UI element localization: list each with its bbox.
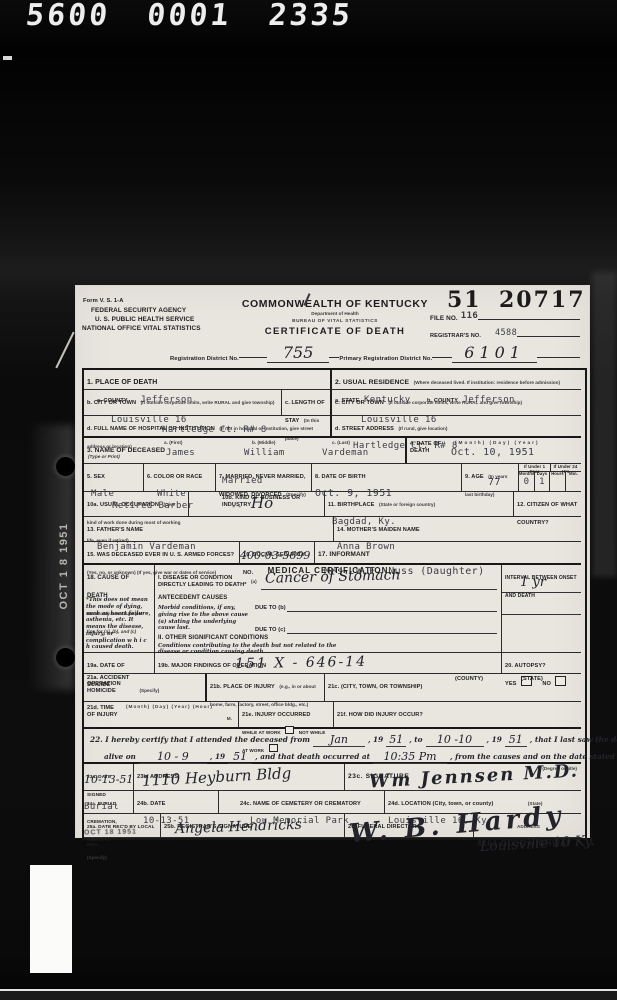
film-frame-code: 5600 0001 2335 bbox=[24, 0, 355, 33]
field-physician-signature: 23c. SIGNATURE (Degree or title) Wm Jenn… bbox=[345, 764, 581, 791]
cause-title: 18. CAUSE OF DEATH bbox=[87, 575, 129, 599]
field-date-signed: 23a. DATE SIGNED 10-13-51 bbox=[84, 764, 134, 791]
field-burial-removal: 24a. BURIAL, CREMATION, REMOVAL (Specify… bbox=[84, 791, 134, 814]
film-edge-tick bbox=[3, 56, 12, 60]
usual-residence-note: (Where deceased lived. If institution: r… bbox=[414, 380, 560, 385]
commonwealth-title: COMMONWEALTH OF KENTUCKY bbox=[235, 298, 435, 310]
cert-p7: , 19 bbox=[210, 752, 225, 761]
cert-p8: , and that death occurred at bbox=[255, 752, 370, 761]
cert-p5: , that I last saw the deceased bbox=[530, 735, 617, 744]
rule-4 bbox=[537, 349, 580, 358]
agency-line-2: U. S. PUBLIC HEALTH SERVICE bbox=[95, 316, 194, 324]
last-label: c. (Last) bbox=[332, 440, 350, 445]
institution-value: Hartledge Ct. R# 8 bbox=[162, 425, 267, 435]
due-to-c-label: DUE TO (c) bbox=[255, 627, 285, 634]
rule-2 bbox=[329, 349, 339, 358]
field-birthplace: 11. BIRTHPLACE (State or foreign country… bbox=[325, 492, 514, 517]
registration-district-row: Registration District No. 755 Primary Re… bbox=[170, 343, 580, 363]
middle-value: William bbox=[244, 448, 285, 458]
ash-label: 21a. ACCIDENT SUICIDE HOMICIDE bbox=[87, 675, 135, 695]
field-registrar-signature: 25b. REGISTRAR'S SIGNATURE Angela Hendri… bbox=[161, 814, 345, 838]
cemetery-label: 24c. NAME OF CEMETERY OR CREMATORY bbox=[240, 801, 361, 807]
registrars-no-value: 4588 bbox=[495, 328, 517, 338]
city-note: (If outside corporate limits, write RURA… bbox=[141, 400, 275, 405]
physician-address-value: 1110 Heyburn Bldg bbox=[142, 764, 292, 790]
field-city-of-death: b. CITY OR TOWN (If outside corporate li… bbox=[84, 390, 282, 416]
field-ssn: 16. SOCIAL SECURITY NO. 400-03-5699 bbox=[240, 542, 315, 565]
cemetery-location-label: 24d. LOCATION (City, town, or county) bbox=[388, 801, 493, 807]
first-value: James bbox=[166, 448, 195, 458]
field-place-of-injury: 21b. PLACE OF INJURY (e.g., in or about … bbox=[207, 674, 325, 702]
registrars-no-row: REGISTRAR'S NO. 4588 bbox=[430, 328, 580, 340]
serial-number-right: 20717 bbox=[499, 287, 586, 313]
field-interval: INTERVAL BETWEEN ONSET AND DEATH 1 yr bbox=[502, 565, 581, 653]
field-date-of-birth: 8. DATE OF BIRTH Oct. 9, 1951 bbox=[312, 464, 462, 492]
injury-occurred-label: 21e. INJURY OCCURRED bbox=[242, 712, 311, 718]
agency-line-3: NATIONAL OFFICE VITAL STATISTICS bbox=[82, 325, 201, 333]
due-to-b-rule bbox=[287, 611, 497, 612]
field-cemetery: 24c. NAME OF CEMETERY OR CREMATORY Lou M… bbox=[219, 791, 385, 814]
pencil-check-mark bbox=[55, 332, 74, 369]
cert-fill-from: Jan bbox=[313, 733, 365, 747]
field-under-one-year: If Under 1 Year If Under 24 Hrs Months 0… bbox=[519, 464, 581, 492]
field-date-of-death: 4. DATE OF DEATH (Month) (Day) (Year) Oc… bbox=[407, 438, 581, 464]
field-time-of-injury: 21d. TIME OF INJURY (Month) (Day) (Year)… bbox=[84, 702, 239, 729]
file-no-value: 116 bbox=[461, 311, 478, 321]
cert-p1: 22. I hereby certify that I attended the… bbox=[90, 735, 310, 744]
agency-line-1: FEDERAL SECURITY AGENCY bbox=[91, 307, 186, 315]
date-of-death-cols: (Month) (Day) (Year) bbox=[455, 440, 540, 445]
physician-signature-value: Wm Jennsen M.D. bbox=[369, 761, 580, 793]
film-splice-patch bbox=[30, 865, 72, 973]
date-signed-value: 10-13-51 bbox=[84, 773, 133, 786]
disease-a-value: Cancer of Stomach bbox=[265, 567, 401, 587]
injury-county-label: (COUNTY) bbox=[455, 676, 483, 683]
injury-time-label: 21d. TIME OF INJURY bbox=[87, 705, 123, 718]
file-no-rule bbox=[478, 311, 580, 320]
city-label: b. CITY OR TOWN bbox=[87, 400, 136, 406]
reg-district-label: Registration District No. bbox=[170, 356, 239, 363]
field-occupation: 10a. USUAL OCCUPATION (Give kind of work… bbox=[84, 492, 189, 517]
serial-number-left: 51 bbox=[447, 287, 482, 313]
bureau-line: BUREAU OF VITAL STATISTICS bbox=[235, 318, 435, 323]
cert-p6: alive on bbox=[104, 752, 136, 761]
name-note: (Type or Print) bbox=[88, 454, 120, 459]
disease-label: I. DISEASE OR CONDITION DIRECTLY LEADING… bbox=[158, 575, 250, 588]
field-cause-of-death-label: 18. CAUSE OF DEATH Enter only one cause … bbox=[84, 565, 155, 653]
middle-label: b. (Middle) bbox=[252, 440, 275, 445]
registrars-no-label: REGISTRAR'S NO. bbox=[430, 333, 481, 340]
primary-district-value: 6101 bbox=[452, 343, 537, 363]
field-mother-name: 14. MOTHER'S MAIDEN NAME Anna Brown bbox=[334, 517, 581, 542]
cert-fill-to: 10 -10 bbox=[426, 733, 484, 747]
cert-p3: , to bbox=[409, 735, 422, 744]
antecedent-title: ANTECEDENT CAUSES bbox=[158, 595, 227, 602]
department-line: Department of Health bbox=[235, 311, 435, 316]
field-date-received: 25a. DATE REC'D BY LOCAL REG. OCT 18 195… bbox=[84, 814, 161, 838]
how-injury-label: 21f. HOW DID INJURY OCCUR? bbox=[337, 712, 423, 718]
days-value: 1 bbox=[535, 477, 549, 487]
primary-district-label: Primary Registration District No. bbox=[339, 356, 432, 363]
field-injury-city: 21c. (CITY, TOWN, OR TOWNSHIP) (COUNTY) … bbox=[325, 674, 581, 702]
interval-rule-1 bbox=[502, 592, 581, 593]
industry-hand: Ho bbox=[251, 494, 273, 512]
marital-value: Married bbox=[222, 476, 263, 486]
street-label: d. STREET ADDRESS bbox=[335, 426, 394, 432]
race-label: 6. COLOR OR RACE bbox=[147, 474, 202, 480]
date-of-death-value: Oct. 10, 1951 bbox=[451, 447, 534, 458]
field-residence-city: c. CITY OR TOWN (If outside corporate li… bbox=[332, 390, 581, 416]
birthplace-note: (State or foreign country) bbox=[379, 502, 435, 507]
form-number: Form V. S. 1-A bbox=[83, 298, 124, 305]
field-usual-residence: 2. USUAL RESIDENCE (Where deceased lived… bbox=[332, 370, 581, 390]
days-cell: Days 1 bbox=[535, 472, 550, 492]
cert-fill-year3: 51 bbox=[228, 750, 252, 764]
min-label: Min. bbox=[566, 472, 581, 477]
injury-city-label: 21c. (CITY, TOWN, OR TOWNSHIP) bbox=[328, 684, 422, 690]
name-title: 3. NAME OF DECEASED bbox=[87, 447, 165, 454]
burial-note: (Specify) bbox=[87, 855, 107, 860]
film-bottom-band bbox=[0, 991, 617, 1000]
informant-label: 17. INFORMANT bbox=[318, 551, 370, 558]
disease-a-tag: (a) bbox=[251, 579, 257, 584]
hours-label: Hours bbox=[550, 472, 565, 477]
received-date-stamp-vertical: OCT 1 8 1951 bbox=[58, 516, 70, 616]
cert-fill-year2: 51 bbox=[505, 733, 527, 747]
date-received-stamp: OCT 18 1951 bbox=[84, 829, 137, 837]
reg-district-value: 755 bbox=[267, 343, 330, 363]
usual-residence-title: 2. USUAL RESIDENCE bbox=[335, 379, 409, 386]
field-certification-statement: 22. I hereby certify that I attended the… bbox=[84, 729, 581, 764]
file-no-row: FILE NO. 116 bbox=[430, 311, 580, 323]
field-length-of-stay: c. LENGTH OF STAY (In this place) bbox=[282, 390, 332, 416]
death-certificate-page: Form V. S. 1-A FEDERAL SECURITY AGENCY U… bbox=[75, 285, 590, 838]
interval-rule-2 bbox=[502, 614, 581, 615]
months-value: 0 bbox=[519, 477, 534, 487]
field-funeral-director: 26. FUNERAL DIRECTOR W. B. Hardy bbox=[345, 814, 474, 838]
interval-value: 1 yr bbox=[520, 575, 546, 590]
ash-note: (Specify) bbox=[139, 688, 159, 693]
field-medical-certification: MEDICAL CERTIFICATION I. DISEASE OR COND… bbox=[155, 565, 502, 653]
film-light-strip-right bbox=[592, 272, 617, 577]
armed-forces-label: 15. WAS DECEASED EVER IN U. S. ARMED FOR… bbox=[87, 552, 234, 558]
field-date-of-operation: 19a. DATE OF OPERATION bbox=[84, 653, 155, 674]
dob-label: 8. DATE OF BIRTH bbox=[315, 474, 366, 480]
autopsy-label: 20. AUTOPSY? bbox=[505, 663, 546, 669]
registrar-signature-value: Angela Hendricks bbox=[175, 817, 302, 837]
injury-state-label: (STATE) bbox=[521, 676, 543, 683]
last-value: Vardeman bbox=[322, 448, 369, 458]
field-armed-forces: 15. WAS DECEASED EVER IN U. S. ARMED FOR… bbox=[84, 542, 240, 565]
file-no-label: FILE NO. bbox=[430, 315, 458, 323]
hours-cell: Hours bbox=[550, 472, 566, 492]
due-to-b-label: DUE TO (b) bbox=[255, 605, 286, 612]
age-value: 77 bbox=[488, 477, 501, 488]
place-of-death-title: 1. PLACE OF DEATH bbox=[87, 379, 157, 386]
field-hospital-institution: d. FULL NAME OF HOSPITAL OR INSTITUTION … bbox=[84, 416, 332, 438]
min-cell: Min. bbox=[566, 472, 581, 492]
field-injury-occurred: 21e. INJURY OCCURRED WHILE AT WORK NOT W… bbox=[239, 702, 334, 729]
field-citizen: 12. CITIZEN OF WHAT COUNTRY? bbox=[514, 492, 581, 517]
cert-p9: , from the causes and on the date stated… bbox=[450, 752, 617, 761]
mother-label: 14. MOTHER'S MAIDEN NAME bbox=[337, 527, 420, 533]
field-age: 9. AGE (In years last birthday) 77 bbox=[462, 464, 519, 492]
months-cell: Months 0 bbox=[519, 472, 535, 492]
field-sex: 5. SEX Male bbox=[84, 464, 144, 492]
injury-time-m: M. bbox=[227, 716, 232, 721]
punch-hole-top bbox=[56, 457, 75, 476]
cert-p2: , 19 bbox=[368, 735, 383, 744]
residence-city-note: (If outside corporate limits, write RURA… bbox=[388, 400, 522, 405]
field-major-findings: 19b. MAJOR FINDINGS OF OPERATION 151 X -… bbox=[155, 653, 502, 674]
cert-fill-alive: 10 - 9 bbox=[139, 750, 207, 764]
field-marital-status: 7. MARRIED, NEVER MARRIED, WIDOWED, DIVO… bbox=[216, 464, 312, 492]
registrars-no-rule bbox=[517, 328, 580, 337]
microfilm-scan: 5600 0001 2335 OCT 1 8 1951 Form V. S. 1… bbox=[0, 0, 617, 1000]
burial-value: Burial bbox=[84, 802, 119, 812]
field-physician-address: 23b. ADDRESS 1110 Heyburn Bldg bbox=[134, 764, 345, 791]
field-how-injury-occurred: 21f. HOW DID INJURY OCCUR? bbox=[334, 702, 581, 729]
ssn-value: 400-03-5699 bbox=[240, 549, 310, 562]
disease-a-rule bbox=[261, 589, 497, 590]
injury-time-cols: (Month) (Day) (Year) (Hour) bbox=[126, 704, 213, 709]
punch-hole-bottom bbox=[56, 648, 75, 667]
first-label: a. (First) bbox=[164, 440, 183, 445]
field-father-name: 13. FATHER'S NAME Benjamin Vardeman bbox=[84, 517, 334, 542]
rule-1 bbox=[239, 349, 267, 358]
cert-fill-year1: 51 bbox=[386, 733, 406, 747]
cert-p4: , 19 bbox=[487, 735, 502, 744]
father-label: 13. FATHER'S NAME bbox=[87, 527, 143, 533]
field-informant: 17. INFORMANT Mrs. W.F. Nuss (Daughter) bbox=[315, 542, 581, 565]
field-street-address: d. STREET ADDRESS (If rural, give locati… bbox=[332, 416, 581, 438]
birthplace-label: 11. BIRTHPLACE bbox=[328, 502, 374, 508]
cert-fill-time: 10:35 Pm bbox=[373, 750, 447, 764]
cause-footnote: *This does not mean the mode of dying, s… bbox=[86, 597, 152, 651]
industry-typed: -- bbox=[231, 502, 243, 512]
occupation-value: Retired Barber bbox=[112, 501, 193, 511]
rule-3 bbox=[432, 349, 452, 358]
antecedent-note: Morbid conditions, if any, giving rise t… bbox=[158, 605, 250, 632]
residence-city-label: c. CITY OR TOWN bbox=[335, 400, 384, 406]
age-label: 9. AGE bbox=[465, 474, 484, 480]
field-industry: 10b. KIND OF BUSINESS OR INDUSTRY -- Ho bbox=[189, 492, 325, 517]
findings-value: 151 X - 646-14 bbox=[235, 654, 367, 672]
certificate-form-table: 1. PLACE OF DEATH a. COUNTY Jefferson 2.… bbox=[82, 368, 587, 840]
field-autopsy: 20. AUTOPSY? YES NO bbox=[502, 653, 581, 674]
burial-date-label: 24b. DATE bbox=[137, 801, 165, 807]
field-color-race: 6. COLOR OR RACE White bbox=[144, 464, 216, 492]
date-of-death-label: 4. DATE OF DEATH bbox=[410, 441, 444, 454]
field-burial-date: 24b. DATE 10-13-51 bbox=[134, 791, 219, 814]
sex-label: 5. SEX bbox=[87, 474, 105, 480]
due-to-c-rule bbox=[287, 633, 497, 634]
injury-place-label: 21b. PLACE OF INJURY bbox=[210, 684, 275, 690]
certificate-title: CERTIFICATE OF DEATH bbox=[235, 326, 435, 337]
field-place-of-death: 1. PLACE OF DEATH a. COUNTY Jefferson bbox=[84, 370, 332, 390]
field-name-of-deceased: 3. NAME OF DECEASED (Type or Print) a. (… bbox=[84, 438, 407, 464]
other-conditions-title: II. OTHER SIGNIFICANT CONDITIONS bbox=[158, 635, 268, 642]
street-note: (If rural, give location) bbox=[398, 426, 447, 431]
field-accident-suicide-homicide: 21a. ACCIDENT SUICIDE HOMICIDE (Specify) bbox=[84, 674, 207, 702]
